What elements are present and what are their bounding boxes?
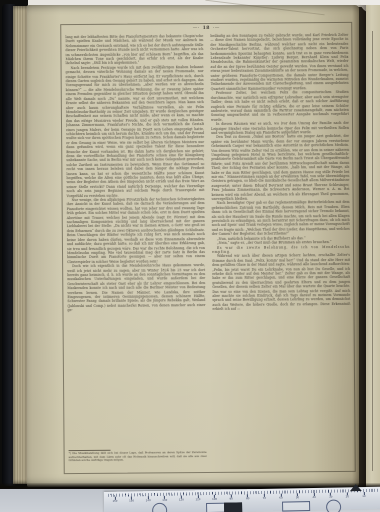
ruler-tick-label: 80: [241, 494, 255, 501]
left-column-text: lang mit der lebhaftesten Bitte des Pian…: [65, 34, 206, 449]
ruler-tick-label: 20: [340, 492, 354, 499]
footnote-text: *) Die Musikhandlung läßt sich bei diese…: [69, 451, 207, 463]
ruler-tick-label: 70: [257, 493, 271, 500]
paragraph: Nach beendigter Oper gab es das reglemen…: [212, 200, 350, 236]
ruler-tick-label: 100: [207, 494, 221, 501]
left-column: lang mit der lebhaftesten Bitte des Pian…: [65, 34, 206, 472]
book-photo-scene: —·18·— lang mit der lebhaftesten Bitte d…: [0, 0, 380, 512]
ruler-tick-label: 50: [290, 493, 304, 500]
ruler-slot-hole: [224, 502, 242, 512]
ruler-circle-template-left: [152, 503, 167, 512]
ruler-tick-label: 90: [224, 494, 238, 501]
footnote: *) Die Musikhandlung läßt sich bei diese…: [69, 449, 207, 472]
ruler-tick-label: 150: [124, 496, 138, 503]
paragraph: lang mit der lebhaftesten Bitte des Pian…: [65, 34, 203, 66]
paragraph: In diesen Räumen war es auch, wo (vor de…: [211, 121, 349, 135]
text-columns: lang mit der lebhaftesten Bitte des Pian…: [65, 33, 351, 472]
ruler-tick-label: 140: [141, 496, 155, 503]
paragraph: beiläufig an den Sonntagen zu Gehör gebr…: [210, 33, 348, 91]
paragraph: Doch wie ich eigentlich in das Mendelsso…: [67, 263, 205, 313]
paragraph: Nach beendetem Festzuge wurde ich mit de…: [66, 65, 205, 198]
ruler-tick-label: 130: [158, 495, 172, 502]
ruler-tick-label: 10: [357, 491, 371, 498]
ruler-arrow-marker: [350, 484, 362, 491]
ruler-tick-label: 60: [274, 493, 288, 500]
page-number-ornament-left: —·: [193, 26, 200, 31]
paragraph: Während wir noch über diesen artigen Sch…: [212, 253, 350, 311]
ruler-tick-label: 160: [108, 496, 122, 503]
page-number-value: 18: [203, 26, 210, 31]
ruler: 160150140130120110100908070605040302010: [104, 486, 380, 512]
paragraph: Nur wenige, die den alljährigen Privatzi…: [67, 197, 206, 264]
paragraph: Professor Zelter, bei welchem Felix die …: [211, 90, 349, 122]
ruler-tick-label: 110: [191, 495, 205, 502]
page-number-ornament-right: ·—: [213, 26, 220, 31]
right-column-text: beiläufig an den Sonntagen zu Gehör gebr…: [210, 33, 351, 471]
ruler-slot-template-2: [282, 501, 310, 512]
ruler-tick-label: 40: [307, 492, 321, 499]
paragraph: Den Text zu diesem „Onkel aus Boston“ ha…: [211, 134, 350, 201]
ruler-circle-template-right: [326, 499, 341, 512]
ruler-tick-label: 120: [174, 495, 188, 502]
ruler-tick-label: 30: [324, 492, 338, 499]
printed-page-block: —·18·— lang mit der lebhaftesten Bitte d…: [0, 0, 380, 512]
